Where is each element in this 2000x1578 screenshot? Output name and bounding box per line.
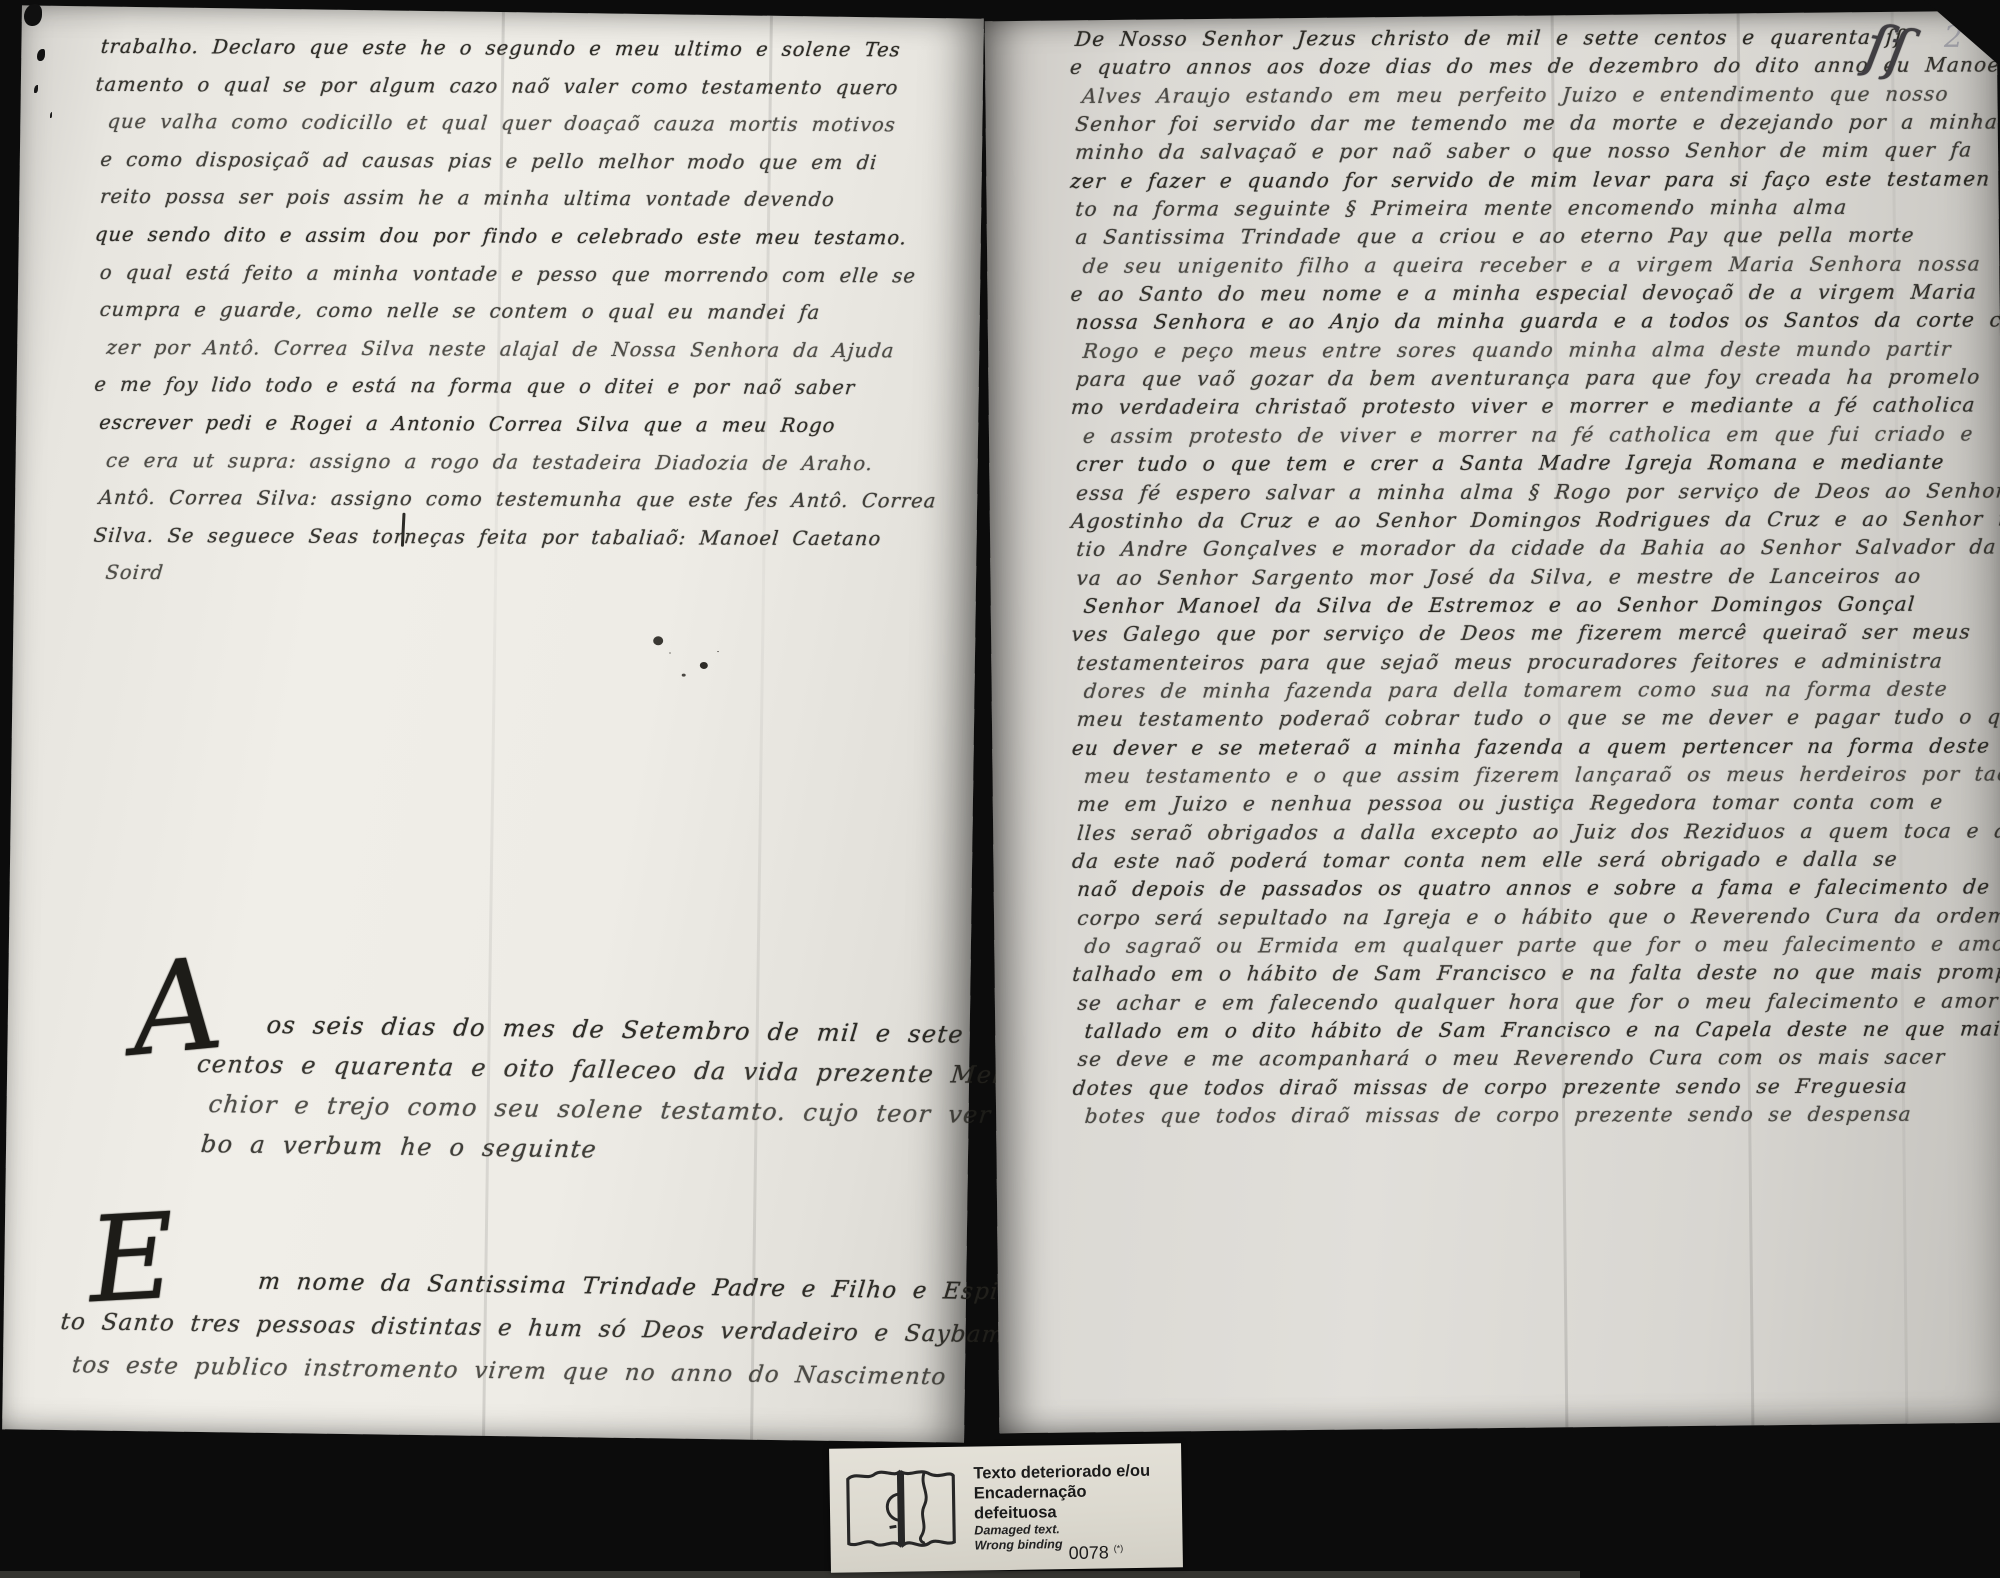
manuscript-line: trabalho. Declaro que este he o segundo … [99, 28, 802, 69]
manuscript-line: meu testamento poderaõ cobrar tudo o que… [1076, 703, 1978, 734]
manuscript-line: a Santissima Trindade que a criou e ao e… [1074, 221, 1976, 252]
manuscript-line: crer tudo o que tem e crer a Santa Madre… [1075, 448, 1977, 479]
manuscript-line: lles seraõ obrigados a dalla excepto ao … [1076, 816, 1978, 847]
manuscript-line: que valha como codicillo et qual quer do… [106, 103, 802, 144]
stamp-number: 0078 (*) [1069, 1542, 1124, 1564]
manuscript-line: dores de minha fazenda para della tomare… [1083, 674, 1978, 705]
manuscript-line: va ao Senhor Sargento mor José da Silva,… [1075, 561, 1977, 592]
right-page-text-block: De Nosso Senhor Jezus christo de mil e s… [1075, 23, 1978, 1131]
manuscript-line: de seu unigenito filho a queira receber … [1081, 249, 1976, 280]
manuscript-line: se deve e me acompanhará o meu Reverendo… [1077, 1043, 1979, 1074]
manuscript-line: to na forma seguinte § Primeira mente en… [1074, 193, 1976, 224]
manuscript-line: Agostinho da Cruz e ao Senhor Domingos R… [1070, 504, 1977, 535]
manuscript-line: testamenteiros para que sejaõ meus procu… [1075, 646, 1977, 677]
manuscript-line: nossa Senhora e ao Anjo da minha guarda … [1075, 306, 1977, 337]
manuscript-line: mo verdadeira christaõ protesto viver e … [1070, 391, 1977, 422]
manuscript-line: que sendo dito e assim dou por findo e c… [93, 216, 801, 257]
archive-condition-label: Texto deteriorado e/ou Encadernação defe… [829, 1443, 1183, 1573]
manuscript-line: bo a verbum he o seguinte [199, 1124, 783, 1172]
manuscript-line: ce era ut supra: assigno a rogo da testa… [104, 441, 800, 482]
manuscript-line: zer e fazer e quando for servido de mim … [1069, 164, 1976, 195]
manuscript-line: Silva. Se seguece Seas torneças feita po… [92, 517, 800, 558]
manuscript-line: corpo será sepultado na Igreja e o hábit… [1076, 901, 1978, 932]
manuscript-line: tio Andre Gonçalves e morador da cidade … [1075, 533, 1977, 564]
left-page-text-block: trabalho. Declaro que este he o segundo … [99, 28, 801, 595]
manuscript-line: minho da salvaçaõ e por naõ saber o que … [1074, 136, 1976, 167]
stamp-text: Texto deteriorado e/ou Encadernação defe… [973, 1460, 1172, 1553]
manuscript-line: dotes que todos diraõ missas de corpo pr… [1072, 1071, 1979, 1102]
manuscript-line: naõ depois de passados os quatro annos e… [1076, 873, 1978, 904]
manuscript-line: escrever pedi e Rogei a Antonio Correa S… [98, 404, 801, 445]
manuscript-line: talhado em o hábito de Sam Francisco e n… [1071, 958, 1978, 989]
manuscript-scan: trabalho. Declaro que este he o segundo … [0, 0, 2000, 1578]
manuscript-line: cumpra e guarde, como nelle se contem o … [98, 291, 801, 332]
manuscript-line: e assim protesto de viver e morrer na fé… [1082, 419, 1977, 450]
date-paragraph: A os seis dias do mes de Setembro de mil… [201, 1004, 783, 1172]
stamp-number-note: (*) [1114, 1543, 1124, 1553]
manuscript-line: para que vaõ gozar da bem aventurança pa… [1075, 363, 1977, 394]
right-page: De Nosso Senhor Jezus christo de mil e s… [985, 11, 2000, 1434]
manuscript-line: De Nosso Senhor Jezus christo de mil e s… [1074, 23, 1976, 54]
stamp-number-value: 0078 [1069, 1542, 1109, 1563]
damaged-book-icon [841, 1465, 960, 1556]
manuscript-line: o qual está feito a minha vontade e pess… [98, 253, 801, 294]
manuscript-line: tamento o qual se por algum cazo naõ val… [94, 65, 802, 106]
manuscript-line: zer por Antô. Correa Silva neste alajal … [105, 329, 801, 370]
invocation-paragraph: E m nome da Santissima Trindade Padre e … [65, 1258, 747, 1396]
manuscript-line: meu testamento e o que assim fizerem lan… [1083, 759, 1978, 790]
manuscript-line: ves Galego que por serviço de Deos me fi… [1070, 618, 1977, 649]
manuscript-line: e como disposiçaõ ad causas pias e pello… [99, 141, 802, 182]
manuscript-line: e ao Santo do meu nome e a minha especia… [1070, 278, 1977, 309]
manuscript-line: e me foy lido todo e está na forma que o… [93, 366, 801, 407]
date-paragraph-lines: os seis dias do mes de Setembro de mil e… [201, 1004, 783, 1172]
manuscript-line: me em Juizo e nenhua pessoa ou justiça R… [1076, 788, 1978, 819]
manuscript-line: se achar e em falecendo qualquer hora qu… [1076, 986, 1978, 1017]
manuscript-line: botes que todos diraõ missas de corpo pr… [1084, 1100, 1979, 1131]
ink-stain [653, 636, 663, 645]
manuscript-line: reito possa ser pois assim he a minha ul… [99, 178, 802, 219]
manuscript-line: tos este publico instromento virem que n… [70, 1344, 747, 1396]
left-page: trabalho. Declaro que este he o segundo … [2, 5, 984, 1442]
manuscript-line: Soird [104, 554, 800, 595]
invocation-paragraph-lines: m nome da Santissima Trindade Padre e Fi… [65, 1258, 747, 1396]
manuscript-line: Rogo e peço meus entre sores quando minh… [1082, 334, 1977, 365]
stamp-line-pt-2: Encadernação defeituosa [974, 1480, 1173, 1523]
manuscript-line: Senhor foi servido dar me temendo me da … [1074, 108, 1976, 139]
manuscript-line: essa fé espero salvar a minha alma § Rog… [1075, 476, 1977, 507]
manuscript-line: Antô. Correa Silva: assigno como testemu… [97, 479, 800, 520]
scan-edge-strip [0, 1571, 1580, 1578]
manuscript-line: Alves Araujo estando em meu perfeito Jui… [1081, 79, 1976, 110]
manuscript-line: eu dever e se meteraõ a minha fazenda a … [1071, 731, 1978, 762]
manuscript-line: do sagraõ ou Ermida em qualquer parte qu… [1083, 930, 1978, 961]
manuscript-line: e quatro annos aos doze dias do mes de d… [1069, 51, 1976, 82]
manuscript-line: Senhor Manoel da Silva de Estremoz e ao … [1082, 589, 1977, 620]
manuscript-line: tallado em o dito hábito de Sam Francisc… [1083, 1015, 1978, 1046]
manuscript-line: da este naõ poderá tomar conta nem elle … [1071, 844, 1978, 875]
